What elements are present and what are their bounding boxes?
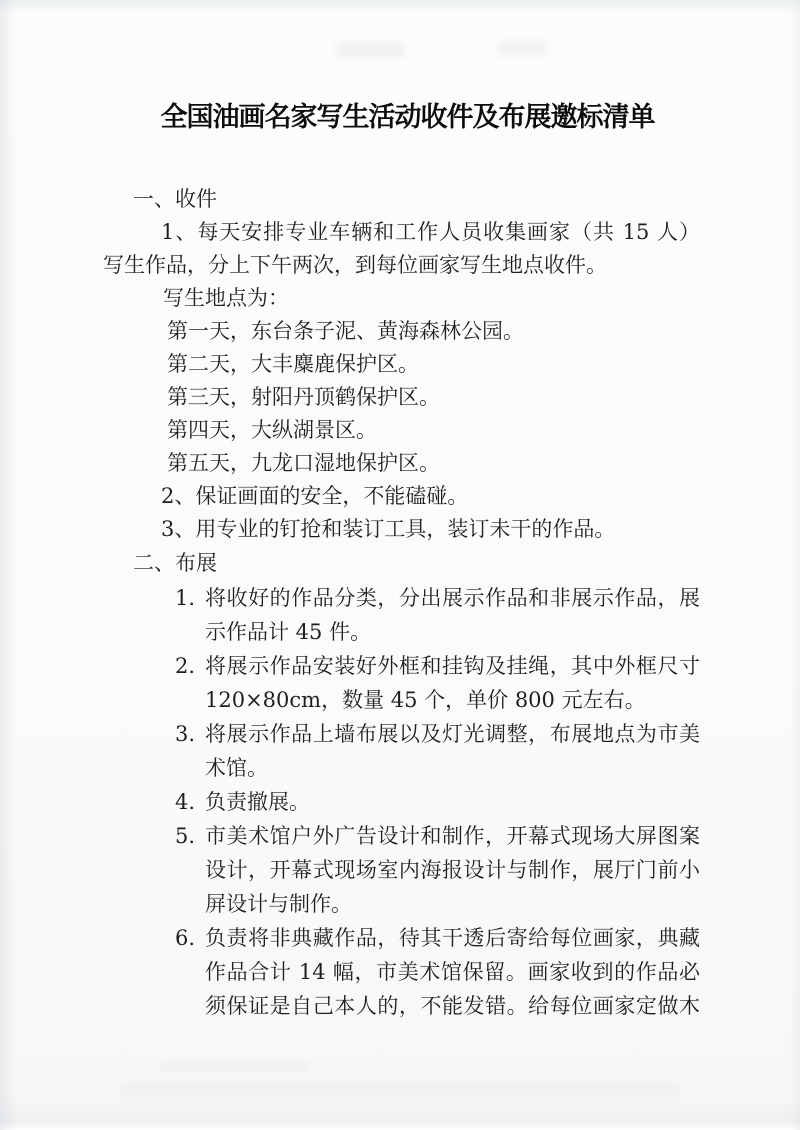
list-number-1: 1. xyxy=(175,581,195,615)
section-receiving: 一、收件 1、每天安排专业车辆和工作人员收集画家（共 15 人） 写生作品，分上… xyxy=(103,183,700,546)
exhibition-item6-line2: 作品合计 14 幅，市美术馆保留。画家收到的作品必 xyxy=(103,955,700,989)
sketch-location-day5: 第五天，九龙口湿地保护区。 xyxy=(167,447,700,480)
exhibition-item5-line2-text: 设计，开幕式现场室内海报设计与制作，展厅门前小 xyxy=(205,853,700,887)
document-content: 全国油画名家写生活动收件及布展邀标清单 一、收件 1、每天安排专业车辆和工作人员… xyxy=(103,100,700,1023)
section-two-heading: 二、布展 xyxy=(133,546,700,581)
scan-artifact xyxy=(498,40,546,56)
exhibition-item6-line1-text: 负责将非典藏作品，待其干透后寄给每位画家，典藏 xyxy=(205,921,700,955)
exhibition-item1-line2: 示作品计 45 件。 xyxy=(103,615,700,649)
exhibition-item3-line1-text: 将展示作品上墙布展以及灯光调整，布展地点为市美 xyxy=(205,717,700,751)
list-number-3: 3. xyxy=(175,717,195,751)
exhibition-item3-line2-text: 术馆。 xyxy=(205,751,700,785)
sketch-location-day4: 第四天，大纵湖景区。 xyxy=(167,414,700,447)
exhibition-item6-line2-text: 作品合计 14 幅，市美术馆保留。画家收到的作品必 xyxy=(205,955,700,989)
sketch-location-day2: 第二天，大丰麋鹿保护区。 xyxy=(167,348,700,381)
document-title: 全国油画名家写生活动收件及布展邀标清单 xyxy=(115,100,700,136)
exhibition-item4-line1-text: 负责撤展。 xyxy=(205,785,700,819)
sketch-location-day1: 第一天，东台条子泥、黄海森林公园。 xyxy=(167,315,700,348)
scan-artifact xyxy=(160,1062,310,1072)
exhibition-item6-line1: 6. 负责将非典藏作品，待其干透后寄给每位画家，典藏 xyxy=(103,921,700,955)
scan-artifact xyxy=(120,1082,680,1096)
exhibition-item1-line1: 1. 将收好的作品分类，分出展示作品和非展示作品，展 xyxy=(103,581,700,615)
exhibition-item6-line3-text: 须保证是自己本人的，不能发错。给每位画家定做木 xyxy=(205,989,700,1023)
list-number-6: 6. xyxy=(175,921,195,955)
exhibition-item2-line1-text: 将展示作品安装好外框和挂钩及挂绳，其中外框尺寸 xyxy=(205,649,700,683)
receiving-item1-line1-text: 1、每天安排专业车辆和工作人员收集画家（共 15 人） xyxy=(161,216,700,249)
list-number-4: 4. xyxy=(175,785,195,819)
exhibition-item1-line2-text: 示作品计 45 件。 xyxy=(205,615,700,649)
sketch-location-day3: 第三天，射阳丹顶鹤保护区。 xyxy=(167,381,700,414)
receiving-item1-line2: 写生作品，分上下午两次，到每位画家写生地点收件。 xyxy=(103,249,700,282)
exhibition-item2-line1: 2. 将展示作品安装好外框和挂钩及挂绳，其中外框尺寸 xyxy=(103,649,700,683)
exhibition-item3-line2: 术馆。 xyxy=(103,751,700,785)
exhibition-item5-line2: 设计，开幕式现场室内海报设计与制作，展厅门前小 xyxy=(103,853,700,887)
exhibition-item6-line3: 须保证是自己本人的，不能发错。给每位画家定做木 xyxy=(103,989,700,1023)
exhibition-item2-line2: 120×80cm，数量 45 个，单价 800 元左右。 xyxy=(103,683,700,717)
exhibition-item3-line1: 3. 将展示作品上墙布展以及灯光调整，布展地点为市美 xyxy=(103,717,700,751)
exhibition-item5-line1: 5. 市美术馆户外广告设计和制作，开幕式现场大屏图案 xyxy=(103,819,700,853)
list-number-5: 5. xyxy=(175,819,195,853)
exhibition-item5-line3: 屏设计与制作。 xyxy=(103,887,700,921)
list-number-2: 2. xyxy=(175,649,195,683)
exhibition-item2-line2-text: 120×80cm，数量 45 个，单价 800 元左右。 xyxy=(205,683,700,717)
exhibition-item5-line3-text: 屏设计与制作。 xyxy=(205,887,700,921)
exhibition-item4-line1: 4. 负责撤展。 xyxy=(103,785,700,819)
sketch-locations-intro: 写生地点为： xyxy=(163,282,700,315)
exhibition-item1-line1-text: 将收好的作品分类，分出展示作品和非展示作品，展 xyxy=(205,581,700,615)
exhibition-item5-line1-text: 市美术馆户外广告设计和制作，开幕式现场大屏图案 xyxy=(205,819,700,853)
section-exhibition: 二、布展 1. 将收好的作品分类，分出展示作品和非展示作品，展 示作品计 45 … xyxy=(103,546,700,1023)
scan-artifact xyxy=(335,42,405,58)
receiving-item2: 2、保证画面的安全，不能磕碰。 xyxy=(161,480,700,513)
receiving-item3: 3、用专业的钉抢和装订工具，装订未干的作品。 xyxy=(161,513,700,546)
scanned-document-page: 全国油画名家写生活动收件及布展邀标清单 一、收件 1、每天安排专业车辆和工作人员… xyxy=(0,0,800,1130)
section-one-heading: 一、收件 xyxy=(133,183,700,216)
receiving-item1-line1: 1、每天安排专业车辆和工作人员收集画家（共 15 人） xyxy=(161,216,700,249)
